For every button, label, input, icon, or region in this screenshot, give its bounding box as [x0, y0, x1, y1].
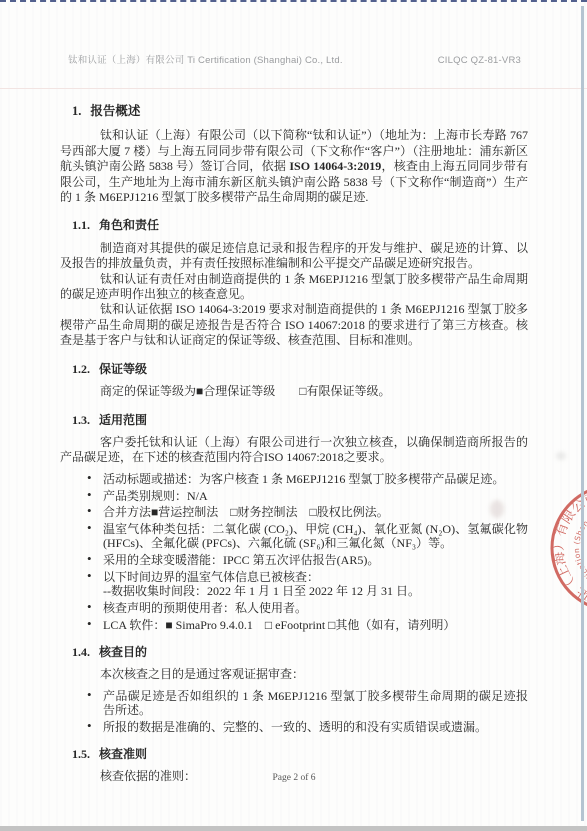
paragraph: 制造商对其提供的碳足迹信息记录和报告程序的开发与维护、碳足迹的计算、以及报告的排… — [60, 241, 528, 272]
bullet-item: LCA 软件：■ SimaPro 9.4.0.1 □ eFootprint □其… — [86, 618, 528, 632]
bullet-list: 活动标题或描述：为客户核查 1 条 M6EPJ1216 型氯丁胶多楔带产品碳足迹… — [86, 472, 528, 632]
bullet-item: 产品碳足迹是否如组织的 1 条 M6EPJ1216 型氯丁胶多楔带生命周期的碳足… — [86, 689, 528, 717]
heading-text: 核查准则 — [99, 747, 147, 761]
heading-text: 角色和责任 — [99, 218, 159, 232]
text-run: 客户委托钛和认证（上海）有限公司进行一次独立核查，以确保制造商所报告的产品碳足迹… — [60, 435, 528, 464]
bullet-item-text: 活动标题或描述：为客户核查 1 条 M6EPJ1216 型氯丁胶多楔带产品碳足迹… — [103, 472, 504, 486]
paragraph: 钛和认证（上海）有限公司（以下简称“钛和认证”）（地址为：上海市长寿路 767 … — [60, 128, 528, 205]
heading-number: 1.5. — [72, 747, 90, 761]
text-run: 制造商对其提供的碳足迹信息记录和报告程序的开发与维护、碳足迹的计算、以及报告的排… — [60, 241, 528, 270]
section-heading-1-4: 1.4.核查目的 — [72, 645, 528, 660]
bullet-item-text: 合并方法■营运控制法 □财务控制法 □股权比例法。 — [103, 505, 389, 519]
bullet-item: 活动标题或描述：为客户核查 1 条 M6EPJ1216 型氯丁胶多楔带产品碳足迹… — [86, 472, 528, 486]
text-run: 本次核查之目的是通过客观证据审查： — [100, 667, 304, 681]
heading-number: 1.3. — [72, 413, 90, 427]
heading-text: 保证等级 — [99, 362, 147, 376]
bullet-item: 合并方法■营运控制法 □财务控制法 □股权比例法。 — [86, 505, 528, 519]
heading-text: 适用范围 — [99, 413, 147, 427]
paragraph: 客户委托钛和认证（上海）有限公司进行一次独立核查，以确保制造商所报告的产品碳足迹… — [60, 435, 528, 466]
section-heading-1-3: 1.3.适用范围 — [72, 413, 528, 428]
heading-number: 1.1. — [72, 218, 90, 232]
bullet-item: 采用的全球变暖潜能：IPCC 第五次评估报告(AR5)。 — [86, 553, 528, 567]
bullet-item: 核查声明的预期使用者：私人使用者。 — [86, 601, 528, 615]
section-heading-1-1: 1.1.角色和责任 — [72, 218, 528, 233]
red-stamp-seal: 钛和认证（上海）有限公司 Ti Certification (Shanghai) — [517, 448, 587, 628]
header-company-name: 钛和认证（上海）有限公司 Ti Certification (Shanghai)… — [68, 52, 343, 66]
heading-text: 报告概述 — [90, 104, 140, 118]
header-doc-code: CILQC QZ-81-VR3 — [438, 55, 521, 66]
section-heading-1-5: 1.5.核查准则 — [72, 747, 528, 762]
bullet-item: 温室气体种类包括：二氧化碳 (CO₂)、甲烷 (CH₄)、氧化亚氮 (N₂O)、… — [86, 522, 528, 550]
bullet-item-text: 核查声明的预期使用者：私人使用者。 — [103, 601, 307, 615]
heading-number: 1.4. — [72, 645, 90, 659]
ink-bleed-artifact — [490, 500, 504, 518]
text-run: 商定的保证等级为■合理保证等级 □有限保证等级。 — [100, 384, 391, 398]
heading-number: 1. — [72, 104, 81, 118]
section-heading-1: 1.报告概述 — [72, 104, 528, 119]
paragraph: 本次核查之目的是通过客观证据审查： — [60, 667, 528, 682]
bold-text-run: ISO 14064-3:2019 — [289, 159, 381, 173]
bullet-item-text: 温室气体种类包括：二氧化碳 (CO₂)、甲烷 (CH₄)、氧化亚氮 (N₂O)、… — [103, 522, 528, 550]
text-run: 钛和认证依据 ISO 14064-3:2019 要求对制造商提供的 1 条 M6… — [60, 302, 528, 347]
bullet-item-text: 所报的数据是准确的、完整的、一致的、透明的和没有实质错误或遗漏。 — [103, 720, 487, 734]
heading-text: 核查目的 — [99, 645, 147, 659]
scanned-page: 钛和认证（上海）有限公司 Ti Certification (Shanghai)… — [0, 0, 587, 831]
bullet-item-text: 以下时间边界的温室气体信息已被核查： — [103, 570, 319, 584]
section-heading-1-2: 1.2.保证等级 — [72, 362, 528, 377]
page-number-label: Page 2 of 6 — [272, 773, 315, 783]
heading-number: 1.2. — [72, 362, 90, 376]
bullet-item: 以下时间边界的温室气体信息已被核查：--数据收集时间段：2022 年 1 月 1… — [86, 570, 528, 598]
document-body: 1.报告概述钛和认证（上海）有限公司（以下简称“钛和认证”）（地址为：上海市长寿… — [60, 96, 528, 785]
bullet-item: 所报的数据是准确的、完整的、一致的、透明的和没有实质错误或遗漏。 — [86, 720, 528, 734]
page-top-edge — [0, 0, 587, 2]
bullet-list: 产品碳足迹是否如组织的 1 条 M6EPJ1216 型氯丁胶多楔带生命周期的碳足… — [86, 689, 528, 734]
paragraph: 钛和认证依据 ISO 14064-3:2019 要求对制造商提供的 1 条 M6… — [60, 302, 528, 348]
bullet-item-text: 采用的全球变暖潜能：IPCC 第五次评估报告(AR5)。 — [103, 553, 379, 567]
bullet-item-text: LCA 软件：■ SimaPro 9.4.0.1 □ eFootprint □其… — [103, 618, 455, 632]
bullet-item-text: 产品碳足迹是否如组织的 1 条 M6EPJ1216 型氯丁胶多楔带生命周期的碳足… — [103, 689, 528, 717]
text-run: 钛和认证有责任对由制造商提供的 1 条 M6EPJ1216 型氯丁胶多楔带产品生… — [60, 272, 528, 301]
page-right-edge — [581, 6, 584, 821]
bullet-sub-line: --数据收集时间段：2022 年 1 月 1 日至 2022 年 12 月 31… — [103, 584, 528, 598]
page-footer: Page 2 of 6 — [60, 773, 528, 783]
page-bottom-edge — [0, 826, 587, 831]
header-rule — [0, 88, 587, 89]
paragraph: 钛和认证有责任对由制造商提供的 1 条 M6EPJ1216 型氯丁胶多楔带产品生… — [60, 272, 528, 303]
bullet-item-text: 产品类别规则：N/A — [103, 489, 208, 503]
page-header: 钛和认证（上海）有限公司 Ti Certification (Shanghai)… — [68, 52, 521, 66]
bullet-item: 产品类别规则：N/A — [86, 489, 528, 503]
paragraph: 商定的保证等级为■合理保证等级 □有限保证等级。 — [60, 384, 528, 399]
